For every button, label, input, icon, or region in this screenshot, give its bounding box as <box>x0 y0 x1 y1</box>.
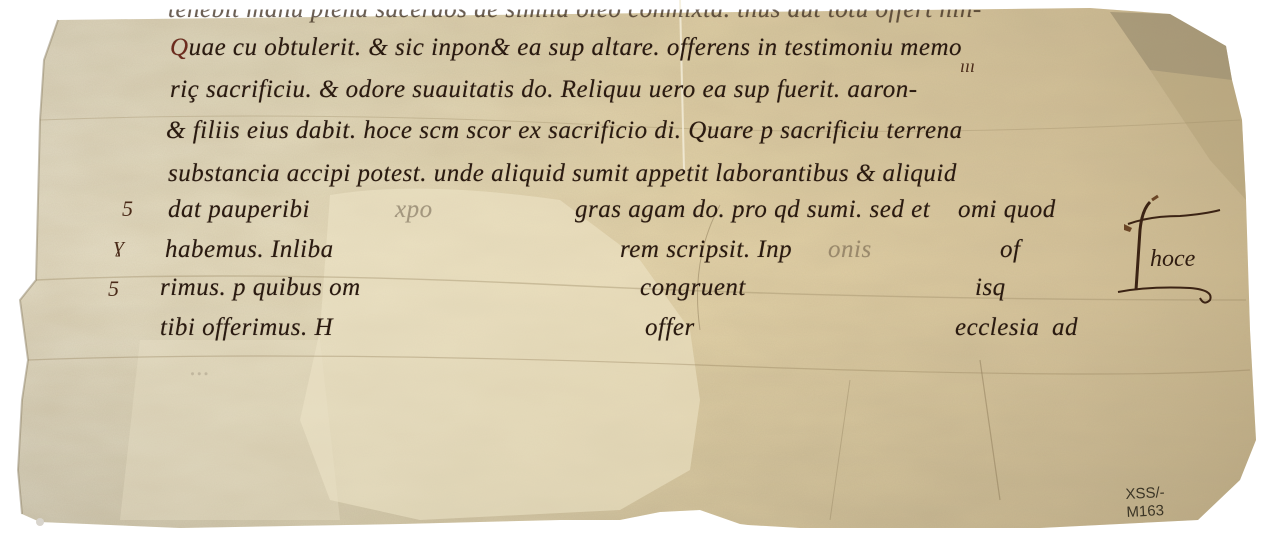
line-7-fragment: habemus. Inliba <box>165 236 334 264</box>
text-line-5: substancia accipi potest. unde aliquid s… <box>168 160 957 188</box>
text-line-10-faded: ... <box>190 354 210 382</box>
line-7-fragment: onis <box>828 236 872 264</box>
line-9-fragment: ad <box>1052 314 1078 342</box>
margin-mark-flourish: ɣ <box>114 232 124 258</box>
shelfmark-line-1: XSS/- <box>1125 484 1165 504</box>
line-7-fragment: of <box>1000 236 1020 264</box>
text-line-2-body: uae cu obtulerit. & sic inpon& ea sup al… <box>189 34 962 61</box>
line-8-fragment: congruent <box>640 274 746 302</box>
text-line-3: riç sacrificiu. & odore suauitatis do. R… <box>170 76 918 104</box>
rubricated-initial: Q <box>170 34 189 61</box>
line-6-fragment: dat pauperibi <box>168 196 310 224</box>
line-9-fragment: ecclesia <box>955 314 1040 342</box>
manuscript-text: tenebit manu plena sacerdos de simila ol… <box>0 0 1280 548</box>
marginal-hoce: hoce <box>1150 246 1195 273</box>
line-7-fragment: rem scripsit. Inp <box>620 236 792 264</box>
line-8-fragment: rimus. p quibus om <box>160 274 361 302</box>
margin-mark-5: 5 <box>108 276 119 302</box>
text-line-4: & filiis eius dabit. hoce scm scor ex sa… <box>166 117 963 145</box>
shelfmark-line-2: M163 <box>1126 502 1166 522</box>
margin-mark-5: 5 <box>122 196 133 222</box>
text-line-2: Quae cu obtulerit. & sic inpon& ea sup a… <box>170 34 962 62</box>
text-line-1: tenebit manu plena sacerdos de simila ol… <box>168 0 982 24</box>
annotation-strokes: ııı <box>960 56 975 77</box>
line-6-fragment: gras agam do. pro qd sumi. sed et <box>575 196 930 224</box>
shelfmark-pencil: XSS/- M163 <box>1125 484 1166 522</box>
line-9-fragment: offer <box>645 314 695 342</box>
line-6-fragment: xpo <box>395 196 433 224</box>
line-8-fragment: isq <box>975 274 1006 302</box>
line-9-fragment: tibi offerimus. H <box>160 314 333 342</box>
line-6-fragment: omi quod <box>958 196 1056 224</box>
